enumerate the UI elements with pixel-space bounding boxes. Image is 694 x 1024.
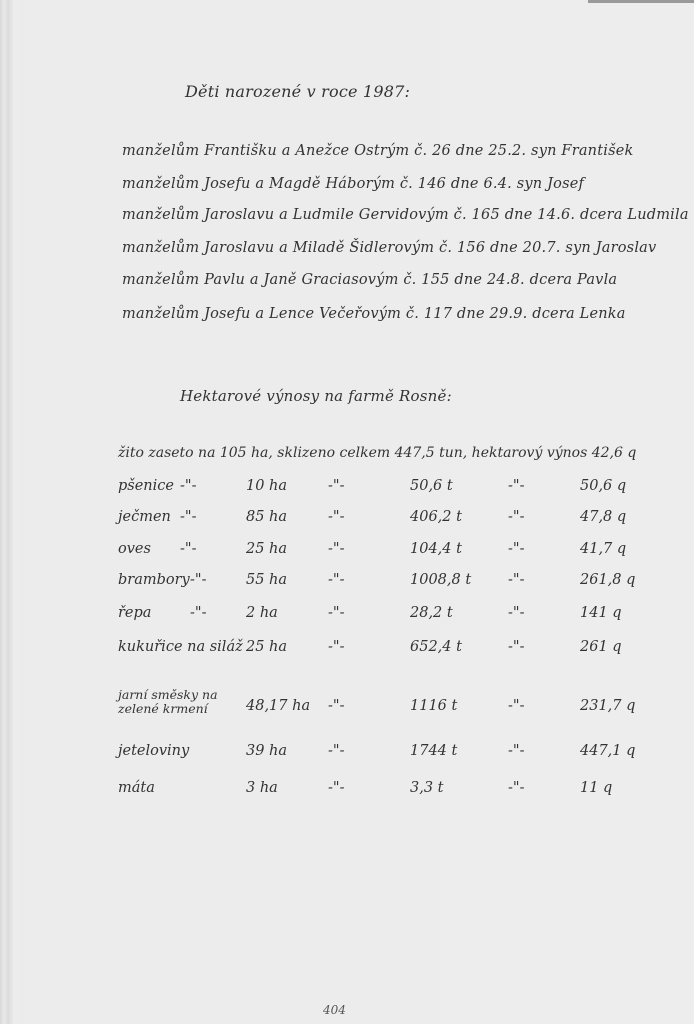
crop-name: pšenice <box>118 478 174 494</box>
ditto-mark: -"- <box>328 478 344 494</box>
crop-yield: 261 q <box>580 639 622 655</box>
crop-area: 39 ha <box>246 743 287 759</box>
crop-name: řepa <box>118 605 151 621</box>
birth-entry: manželům Františku a Anežce Ostrým č. 26… <box>122 143 633 159</box>
births-heading: Děti narozené v roce 1987: <box>185 82 410 101</box>
crop-yield: 231,7 q <box>580 698 635 714</box>
ditto-mark: -"- <box>508 478 524 494</box>
crop-total: 50,6 t <box>410 478 453 494</box>
yield-row: máta 3 ha -"- 3,3 t -"- 11 q <box>118 780 658 810</box>
crop-area: 2 ha <box>246 605 278 621</box>
crop-yield: 50,6 q <box>580 478 626 494</box>
ditto-mark: -"- <box>180 541 196 557</box>
ditto-mark: -"- <box>508 780 524 796</box>
crop-yield: 261,8 q <box>580 572 635 588</box>
crop-name: oves <box>118 541 151 557</box>
yield-row: řepa -"- 2 ha -"- 28,2 t -"- 141 q <box>118 605 658 635</box>
crop-total: 406,2 t <box>410 509 462 525</box>
crop-yield: 41,7 q <box>580 541 626 557</box>
ditto-mark: -"- <box>180 509 196 525</box>
crop-total: 1116 t <box>410 698 457 714</box>
ditto-mark: -"- <box>190 572 206 588</box>
crop-total: 104,4 t <box>410 541 462 557</box>
scan-edge <box>588 0 694 3</box>
crop-area: 3 ha <box>246 780 278 796</box>
crop-area: 10 ha <box>246 478 287 494</box>
crop-yield: 447,1 q <box>580 743 635 759</box>
crop-name: kukuřice na siláž <box>118 639 243 655</box>
yield-row: oves -"- 25 ha -"- 104,4 t -"- 41,7 q <box>118 541 658 571</box>
crop-name: máta <box>118 780 155 796</box>
crop-name: ječmen <box>118 509 171 525</box>
crop-yield: 11 q <box>580 780 612 796</box>
birth-entry: manželům Pavlu a Janě Graciasovým č. 155… <box>122 272 617 288</box>
ditto-mark: -"- <box>328 605 344 621</box>
yield-row: ječmen -"- 85 ha -"- 406,2 t -"- 47,8 q <box>118 509 658 539</box>
yield-row: jarní směsky na zelené krmení 48,17 ha -… <box>118 688 658 728</box>
ditto-mark: -"- <box>328 780 344 796</box>
crop-total: 1008,8 t <box>410 572 471 588</box>
yield-row: pšenice -"- 10 ha -"- 50,6 t -"- 50,6 q <box>118 478 658 508</box>
page-number: 404 <box>323 1003 346 1017</box>
crop-name: brambory <box>118 572 190 588</box>
ditto-mark: -"- <box>508 572 524 588</box>
yield-row: brambory -"- 55 ha -"- 1008,8 t -"- 261,… <box>118 572 658 602</box>
ditto-mark: -"- <box>180 478 196 494</box>
crop-total: 652,4 t <box>410 639 462 655</box>
crop-area: 25 ha <box>246 639 287 655</box>
ditto-mark: -"- <box>508 605 524 621</box>
ditto-mark: -"- <box>328 541 344 557</box>
yield-row: jeteloviny 39 ha -"- 1744 t -"- 447,1 q <box>118 743 658 773</box>
crop-yield: 47,8 q <box>580 509 626 525</box>
ditto-mark: -"- <box>508 639 524 655</box>
birth-entry: manželům Jaroslavu a Miladě Šidlerovým č… <box>122 240 656 256</box>
birth-entry: manželům Josefu a Magdě Háborým č. 146 d… <box>122 176 584 192</box>
ditto-mark: -"- <box>508 509 524 525</box>
birth-entry: manželům Josefu a Lence Večeřovým č. 117… <box>122 306 626 322</box>
ditto-mark: -"- <box>328 639 344 655</box>
crop-total: 1744 t <box>410 743 457 759</box>
crop-area: 48,17 ha <box>246 698 310 714</box>
ditto-mark: -"- <box>328 509 344 525</box>
ditto-mark: -"- <box>508 743 524 759</box>
ditto-mark: -"- <box>508 698 524 714</box>
crop-name: jarní směsky na zelené krmení <box>118 688 228 716</box>
ditto-mark: -"- <box>190 605 206 621</box>
yields-first-line: žito zaseto na 105 ha, sklizeno celkem 4… <box>118 445 636 461</box>
yield-row: kukuřice na siláž 25 ha -"- 652,4 t -"- … <box>118 639 658 669</box>
scanned-page: Děti narozené v roce 1987: manželům Fran… <box>0 0 694 1024</box>
crop-area: 55 ha <box>246 572 287 588</box>
crop-name: jeteloviny <box>118 743 189 759</box>
crop-area: 85 ha <box>246 509 287 525</box>
crop-total: 28,2 t <box>410 605 453 621</box>
ditto-mark: -"- <box>328 572 344 588</box>
crop-total: 3,3 t <box>410 780 444 796</box>
crop-area: 25 ha <box>246 541 287 557</box>
crop-yield: 141 q <box>580 605 622 621</box>
ditto-mark: -"- <box>328 743 344 759</box>
yields-heading: Hektarové výnosy na farmě Rosně: <box>180 387 452 405</box>
birth-entry: manželům Jaroslavu a Ludmile Gervidovým … <box>122 207 689 223</box>
ditto-mark: -"- <box>508 541 524 557</box>
ditto-mark: -"- <box>328 698 344 714</box>
